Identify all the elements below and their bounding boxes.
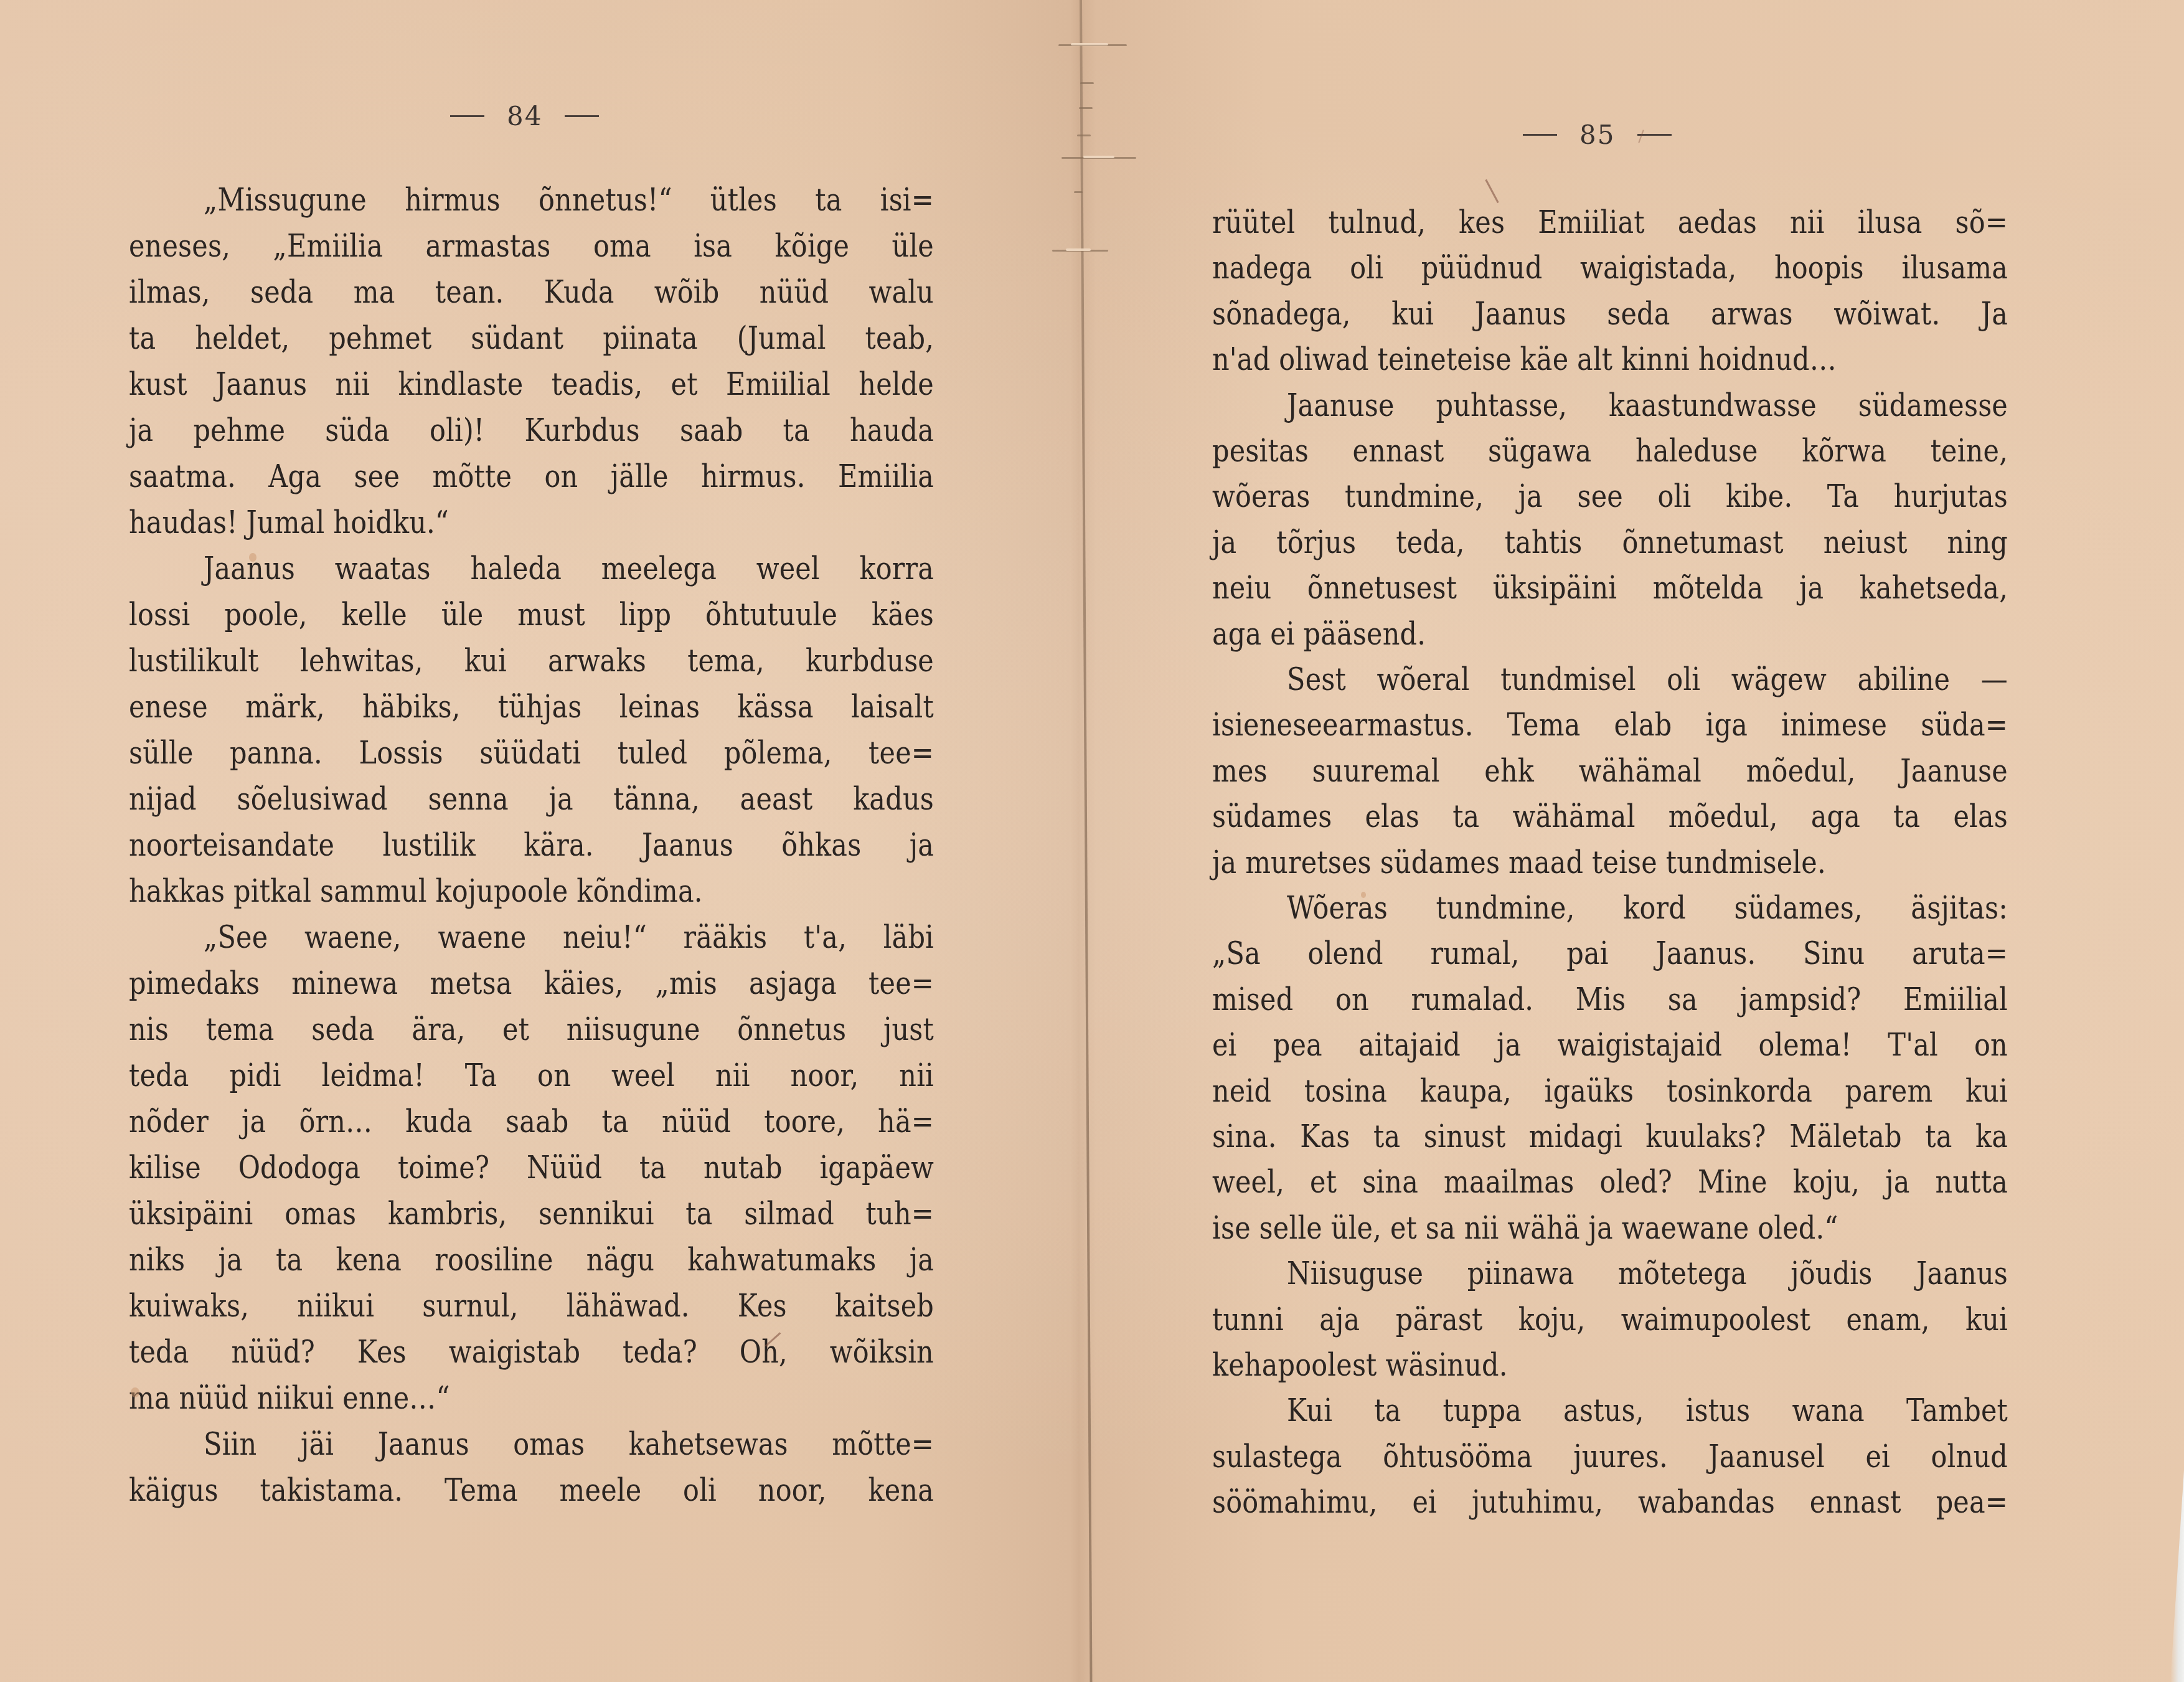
paper-spot: [249, 553, 257, 562]
text-line: sulastega õhtusööma juures. Jaanusel ei …: [1212, 1437, 2008, 1476]
text-line: kilise Ododoga toime? Nüüd ta nutab igap…: [129, 1148, 934, 1187]
text-line: noorteisandate lustilik kära. Jaanus õhk…: [129, 826, 934, 864]
text-line: Kui ta tuppa astus, istus wana Tambet: [1287, 1391, 2008, 1430]
text-line: lustilikult lehwitas, kui arwaks tema, k…: [129, 641, 934, 680]
text-line: neiu õnnetusest üksipäini mõtelda ja kah…: [1212, 569, 2008, 607]
text-line: mised on rumalad. Mis sa jampsid? Emiili…: [1212, 980, 2008, 1019]
text-line: ja muretses südames maad teise tundmisel…: [1212, 843, 2008, 882]
dash-decoration: [450, 115, 484, 117]
text-line: Niisuguse piinawa mõtetega jõudis Jaanus: [1287, 1254, 2008, 1293]
paper-spot: [131, 1387, 139, 1397]
text-line: teda nüüd? Kes waigistab teda? Oh, wõiks…: [129, 1333, 934, 1371]
text-line: mes suuremal ehk wähämal mõedul, Jaanuse: [1212, 752, 2008, 790]
text-line: sülle panna. Lossis süüdati tuled põlema…: [129, 734, 934, 772]
text-line: weel, et sina maailmas oled? Mine koju, …: [1212, 1163, 2008, 1201]
text-line: ja tõrjus teda, tahtis õnnetumast neiust…: [1212, 523, 2008, 562]
text-line: ja pehme süda oli)! Kurbdus saab ta haud…: [129, 411, 934, 450]
text-line: „Missugune hirmus õnnetus!“ ütles ta isi…: [204, 181, 934, 219]
text-line: nis tema seda ära, et niisugune õnnetus …: [129, 1010, 934, 1049]
text-line: aga ei pääsend.: [1212, 615, 2008, 653]
text-line: Wõeras tundmine, kord südames, äsjitas:: [1287, 889, 2008, 927]
text-line: sõnadega, kui Jaanus seda arwas wõiwat. …: [1212, 295, 2008, 333]
page-number-left: 84: [450, 103, 621, 130]
text-line: lossi poole, kelle üle must lipp õhtutuu…: [129, 595, 934, 634]
text-line: Siin jäi Jaanus omas kahetsewas mõtte=: [204, 1425, 934, 1463]
page-number-right: 85: [1523, 122, 1694, 148]
text-line: nõder ja õrn… kuda saab ta nüüd toore, h…: [129, 1102, 934, 1141]
text-line: ise selle üle, et sa nii wähä ja waewane…: [1212, 1209, 2008, 1247]
text-line: hakkas pitkal sammul kojupoole kõndima.: [129, 872, 934, 910]
text-line: sina. Kas ta sinust midagi kuulaks? Mäle…: [1212, 1117, 2008, 1156]
text-line: käigus takistama. Tema meele oli noor, k…: [129, 1471, 934, 1510]
text-line: enese märk, häbiks, tühjas leinas kässa …: [129, 687, 934, 726]
page-number-text: 84: [507, 101, 542, 131]
dash-decoration: [1523, 134, 1557, 136]
text-line: teda pidi leidma! Ta on weel nii noor, n…: [129, 1056, 934, 1095]
text-line: südames elas ta wähämal mõedul, aga ta e…: [1212, 797, 2008, 836]
binding-mark: [1074, 191, 1083, 193]
text-line: „Sa olend rumal, pai Jaanus. Sinu aruta=: [1212, 934, 2008, 973]
text-line: tunni aja pärast koju, waimupoolest enam…: [1212, 1300, 2008, 1339]
text-line: ilmas, seda ma tean. Kuda wõib nüüd walu: [129, 273, 934, 311]
text-line: rüütel tulnud, kes Emiiliat aedas nii il…: [1212, 203, 2008, 242]
text-line: isieneseearmastus. Tema elab iga inimese…: [1212, 706, 2008, 744]
text-line: Jaanus waatas haleda meelega weel korra: [204, 549, 934, 588]
text-line: niks ja ta kena roosiline nägu kahwatuma…: [129, 1240, 934, 1279]
text-line: söömahimu, ei jutuhimu, wabandas ennast …: [1212, 1483, 2008, 1521]
text-line: saatma. Aga see mõtte on jälle hirmus. E…: [129, 457, 934, 496]
right-page: 85 rüütel tulnud, kes Emiiliat aedas nii…: [1082, 0, 2184, 1682]
text-line: ma nüüd niikui enne…“: [129, 1379, 934, 1417]
text-line: eneses, „Emiilia armastas oma isa kõige …: [129, 227, 934, 265]
text-line: kehapoolest wäsinud.: [1212, 1346, 2008, 1384]
text-line: neid tosina kaupa, igaüks tosinkorda par…: [1212, 1072, 2008, 1110]
text-line: nadega oli püüdnud waigistada, hoopis il…: [1212, 248, 2008, 287]
text-line: pimedaks minewa metsa käies, „mis asjaga…: [129, 964, 934, 1003]
text-line: „See waene, waene neiu!“ rääkis t'a, läb…: [204, 918, 934, 957]
book-spread: 84 „Missugune hirmus õnnetus!“ ütles ta …: [0, 0, 2184, 1682]
page-number-text: 85: [1579, 120, 1615, 150]
left-page: 84 „Missugune hirmus õnnetus!“ ütles ta …: [0, 0, 1080, 1682]
text-line: pesitas ennast sügawa haleduse kõrwa tei…: [1212, 432, 2008, 470]
text-line: n'ad oliwad teineteise käe alt kinni hoi…: [1212, 340, 2008, 379]
text-line: haudas! Jumal hoidku.“: [129, 503, 934, 542]
text-line: nijad sõelusiwad senna ja tänna, aeast k…: [129, 780, 934, 818]
text-line: kuiwaks, niikui surnul, lähäwad. Kes kai…: [129, 1287, 934, 1325]
text-line: ta heldet, pehmet südant piinata (Jumal …: [129, 319, 934, 357]
dash-decoration: [1637, 134, 1672, 136]
dash-decoration: [565, 115, 599, 117]
text-line: kust Jaanus nii kindlaste teadis, et Emi…: [129, 365, 934, 404]
text-line: wõeras tundmine, ja see oli kibe. Ta hur…: [1212, 477, 2008, 516]
paper-spot: [1361, 892, 1366, 898]
text-line: Sest wõeral tundmisel oli wägew abiline …: [1287, 660, 2008, 699]
text-line: Jaanuse puhtasse, kaastundwasse südamess…: [1287, 386, 2008, 425]
text-line: üksipäini omas kambris, sennikui ta silm…: [129, 1194, 934, 1233]
text-line: ei pea aitajaid ja waigistajaid olema! T…: [1212, 1026, 2008, 1064]
